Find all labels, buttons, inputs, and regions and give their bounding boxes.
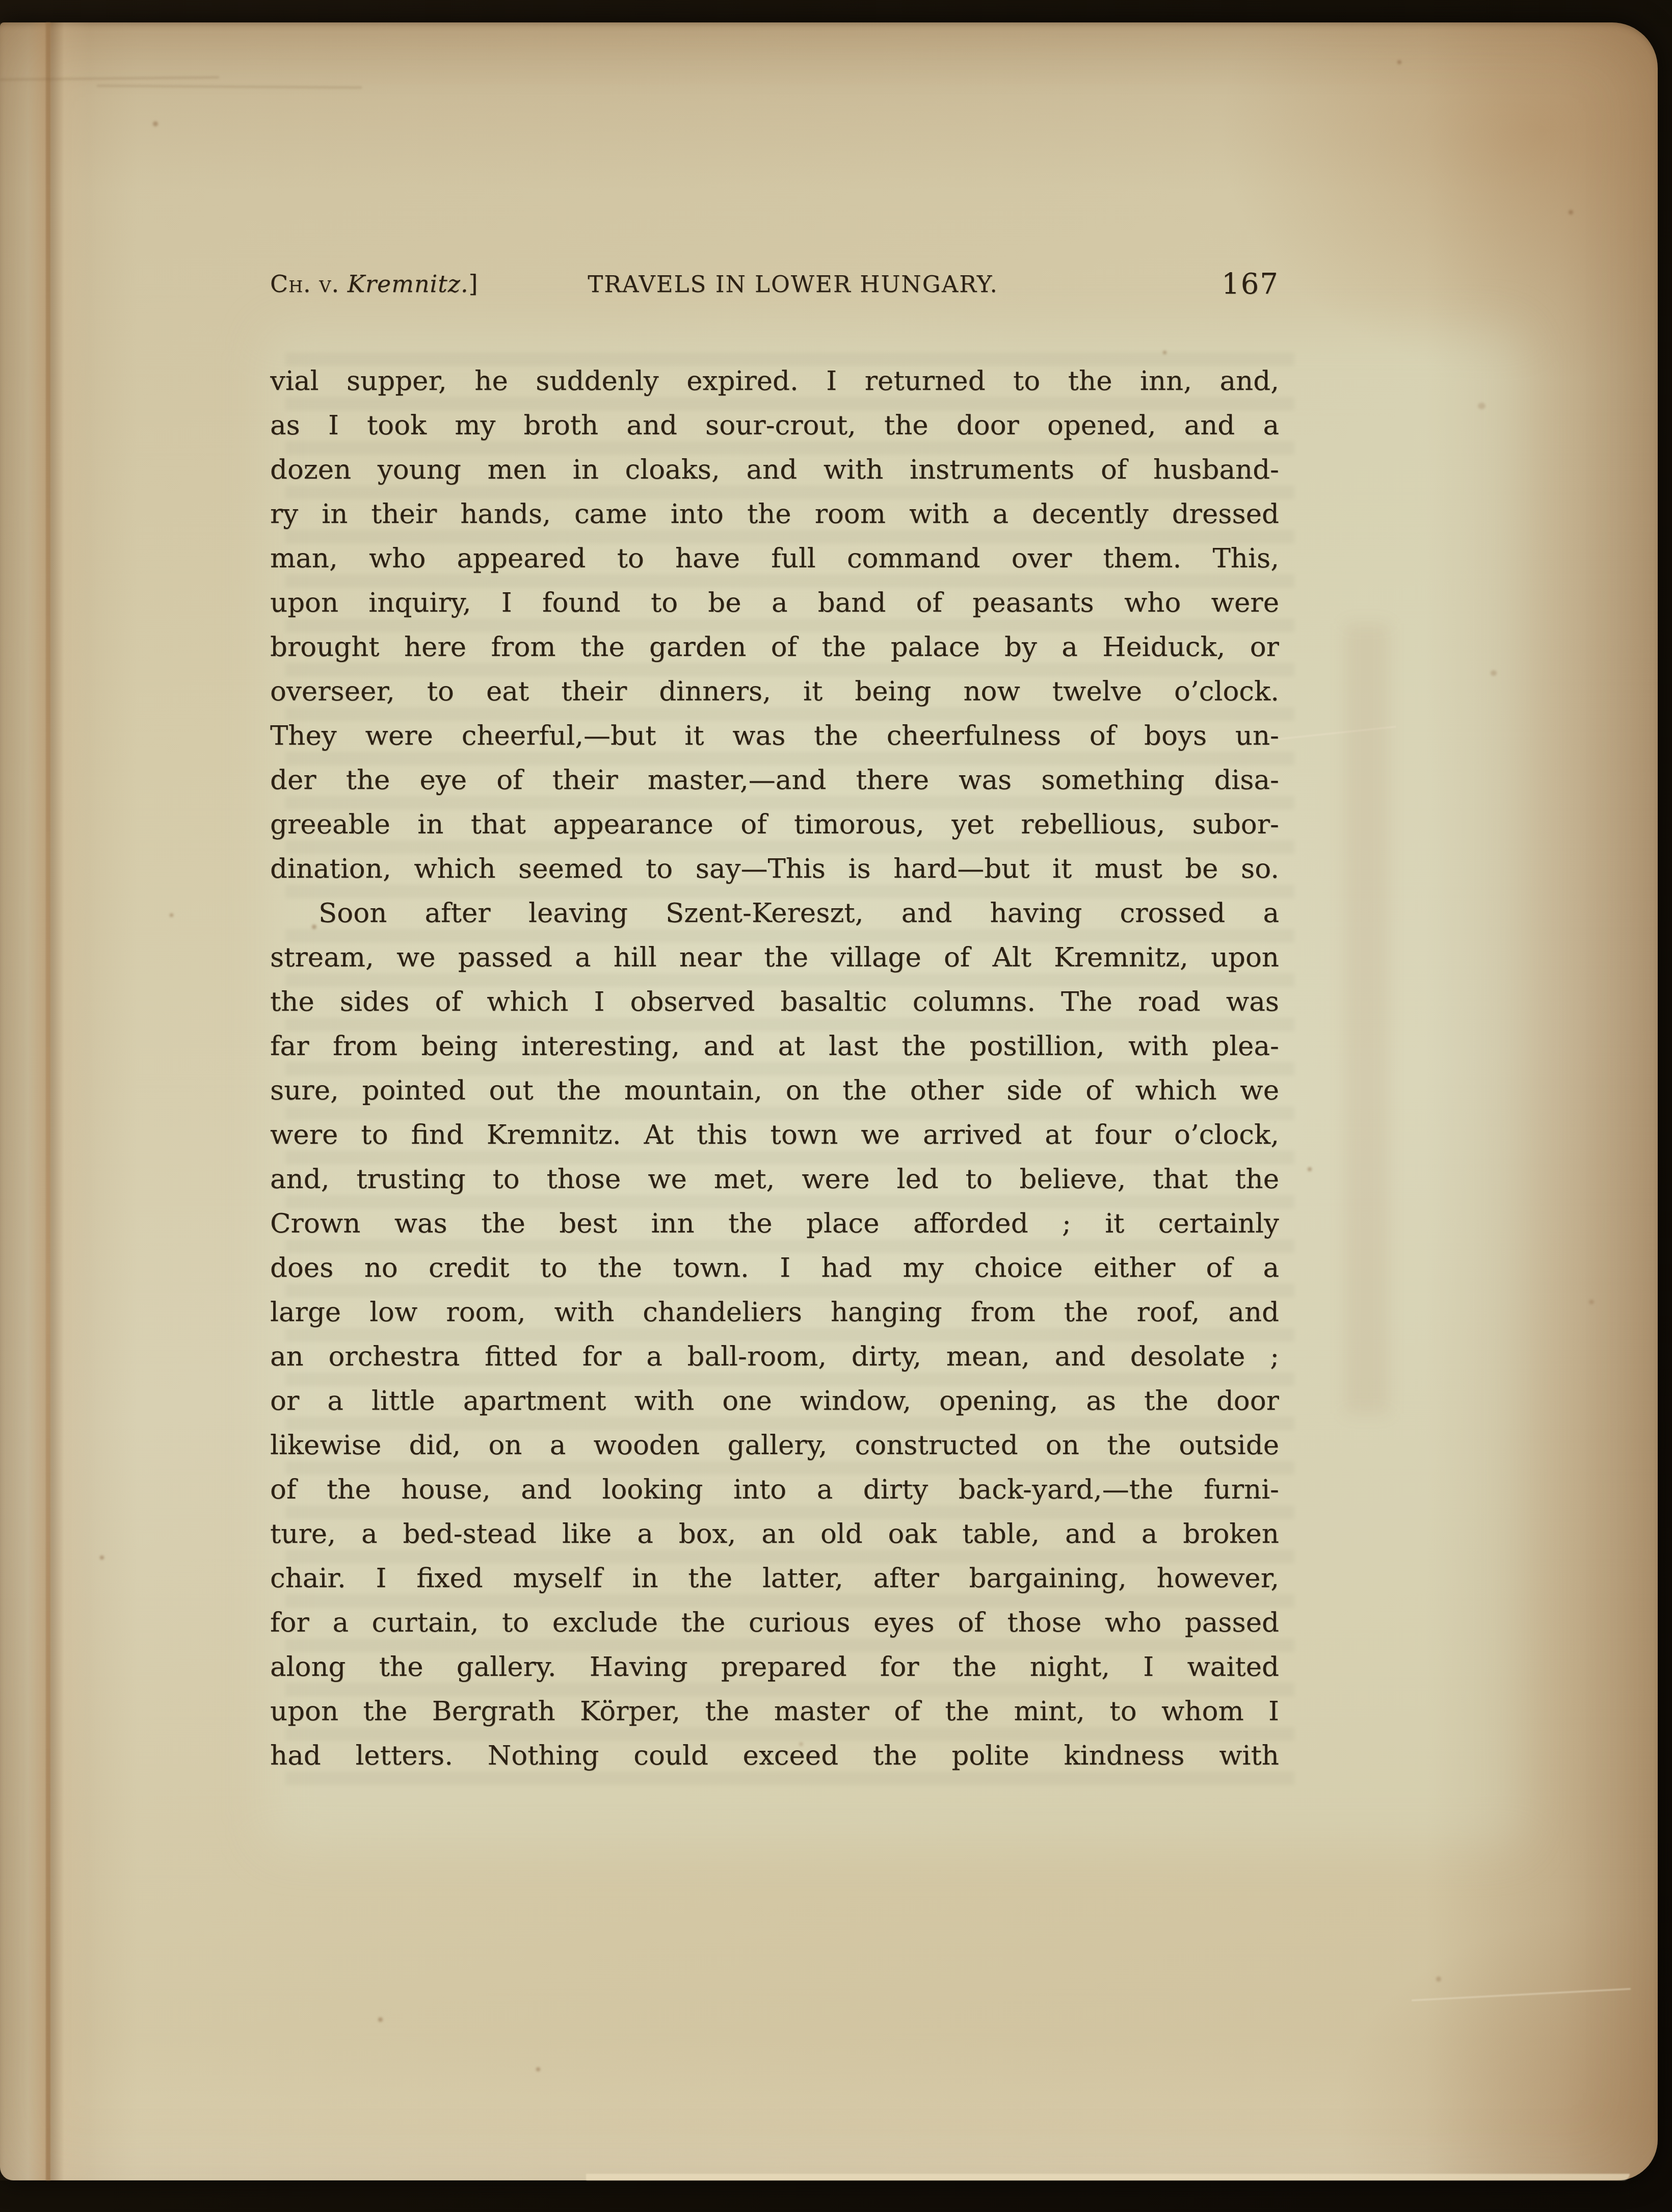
- text-line: stream, we passed a hill near the villag…: [270, 935, 1279, 980]
- foxing-spot: [100, 1556, 104, 1560]
- gutter-crease: [0, 22, 138, 2180]
- foxing-spot: [378, 2017, 383, 2022]
- text-line: They were cheerful,—but it was the cheer…: [270, 714, 1279, 758]
- text-line: of the house, and looking into a dirty b…: [270, 1467, 1279, 1512]
- running-title: TRAVELS IN LOWER HUNGARY.: [288, 271, 1297, 298]
- page-number: 167: [1222, 268, 1279, 301]
- text-line: dination, which seemed to say—This is ha…: [270, 847, 1279, 891]
- text-line: chair. I fixed myself in the latter, aft…: [270, 1556, 1279, 1600]
- book-page: Ch. v. Kremnitz.] TRAVELS IN LOWER HUNGA…: [0, 22, 1658, 2180]
- text-line: upon inquiry, I found to be a band of pe…: [270, 581, 1279, 625]
- text-line: overseer, to eat their dinners, it being…: [270, 669, 1279, 714]
- text-line: Soon after leaving Szent-Kereszt, and ha…: [270, 891, 1279, 935]
- text-line: likewise did, on a wooden gallery, const…: [270, 1423, 1279, 1467]
- foxing-spot: [153, 121, 158, 126]
- foxing-spot: [1589, 1300, 1594, 1304]
- page-header: Ch. v. Kremnitz.] TRAVELS IN LOWER HUNGA…: [270, 253, 1279, 302]
- text-line: der the eye of their master,—and there w…: [270, 758, 1279, 802]
- text-line: and, trusting to those we met, were led …: [270, 1157, 1279, 1201]
- foxing-spot: [170, 913, 173, 917]
- text-line: had letters. Nothing could exceed the po…: [270, 1733, 1279, 1778]
- text-line: does no credit to the town. I had my cho…: [270, 1246, 1279, 1290]
- foxing-spot: [1491, 670, 1497, 676]
- text-line: large low room, with chandeliers hanging…: [270, 1290, 1279, 1334]
- text-line: an orchestra fitted for a ball-room, dir…: [270, 1334, 1279, 1379]
- paper-crease: [97, 85, 362, 89]
- text-line: along the gallery. Having prepared for t…: [270, 1645, 1279, 1689]
- text-line: sure, pointed out the mountain, on the o…: [270, 1068, 1279, 1113]
- text-line: the sides of which I observed basaltic c…: [270, 980, 1279, 1024]
- text-line: ry in their hands, came into the room wi…: [270, 492, 1279, 536]
- text-line: greeable in that appearance of timorous,…: [270, 802, 1279, 847]
- text-line: man, who appeared to have full command o…: [270, 536, 1279, 581]
- scan-background: Ch. v. Kremnitz.] TRAVELS IN LOWER HUNGA…: [0, 0, 1672, 2212]
- text-line: ture, a bed-stead like a box, an old oak…: [270, 1512, 1279, 1556]
- foxing-spot: [1478, 403, 1485, 409]
- text-line: vial supper, he suddenly expired. I retu…: [270, 359, 1279, 403]
- text-line: upon the Bergrath Körper, the master of …: [270, 1689, 1279, 1733]
- text-line: as I took my broth and sour-crout, the d…: [270, 403, 1279, 447]
- text-line: far from being interesting, and at last …: [270, 1024, 1279, 1068]
- paper-scratch: [1412, 1988, 1631, 2002]
- body-text: vial supper, he suddenly expired. I retu…: [270, 359, 1279, 1778]
- text-line: dozen young men in cloaks, and with inst…: [270, 447, 1279, 492]
- foxing-spot: [1436, 1977, 1441, 1982]
- paper-shading-band: [1345, 624, 1389, 1414]
- foxing-spot: [536, 2067, 540, 2071]
- foxing-spot: [1163, 351, 1166, 354]
- paper-crease: [0, 76, 219, 81]
- text-line: for a curtain, to exclude the curious ey…: [270, 1600, 1279, 1645]
- foxing-spot: [1569, 210, 1573, 215]
- foxing-spot: [1308, 1167, 1312, 1171]
- text-line: were to find Kremnitz. At this town we a…: [270, 1113, 1279, 1157]
- text-line: brought here from the garden of the pala…: [270, 625, 1279, 669]
- text-line: or a little apartment with one window, o…: [270, 1379, 1279, 1423]
- text-line: Crown was the best inn the place afforde…: [270, 1201, 1279, 1246]
- foxing-spot: [1397, 60, 1401, 64]
